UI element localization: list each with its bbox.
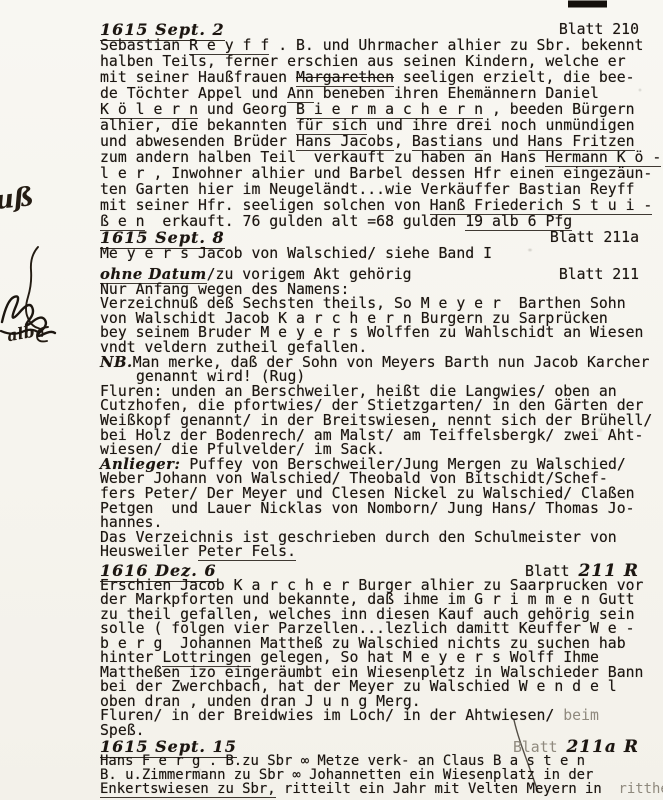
typed-text: de Töchter Appel und [100,85,287,102]
text-line: B. u.Zimmermann zu Sbr ∞ Johannetten ein… [100,768,663,782]
typed-text: und Georg [198,101,296,118]
typed-text: und abwesenden Brüder [100,133,296,150]
typed-text: ritteilt ein Jahr mit Velten Meyern in [276,781,619,797]
typed-text: Blatt 210 [559,21,639,38]
text-line: Sebastian R e y f f . B. und Uhrmacher a… [100,38,663,54]
typed-text: , [394,133,412,150]
text-line: Petgen und Lauer Nicklas von Nomborn/ Ju… [100,502,663,517]
typed-text: mit seiner Hfr. seeligen solchen von [100,197,430,214]
typed-text: Peter Fels. [198,543,296,561]
margin-brace-hook [37,327,48,341]
handwritten-margin-note-top: uß [0,182,35,216]
typed-text: seeligen erzielt, die bee- [394,69,635,86]
typed-text: l e r , Inwohner alhier und Barbel desse… [100,165,652,182]
typed-text: ten Garten hier im Neugeländt...wie Verk… [100,181,635,198]
typed-text: Blatt 211 [559,266,639,283]
text-line: K ö l e r n und Georg B i e r m a c h e … [100,102,663,118]
text-line: Heusweiler Peter Fels. [100,545,663,560]
blatt-page-number: Blatt 210 [559,22,639,38]
text-line: zum andern halben Teil verkauft zu haben… [100,150,663,166]
text-line: Enkertswiesen zu Sbr, ritteilt ein Jahr … [100,782,663,796]
typed-text: und ihre drei noch unmündigen [367,117,634,134]
entry-1615-sept-2: 1615 Sept. 2Blatt 210Sebastian R e y f f… [100,22,663,230]
text-line: l e r , Inwohner alhier und Barbel desse… [100,166,663,182]
entry-1615-sept-8: 1615 Sept. 8Blatt 211aMe y e r s Jacob v… [100,230,663,262]
typed-text: Blatt 211a [550,229,639,246]
text-line: ten Garten hier im Neugeländt...wie Verk… [100,182,663,198]
typed-text: zum andern halben Teil verkauft zu haben… [100,149,545,166]
typed-text: beim [563,707,599,724]
entry-ohne-datum: ohne Datum/zu vorigem Akt gehörigBlatt 2… [100,268,663,560]
text-line: Me y e r s Jacob von Walschied/ siehe Ba… [100,246,663,262]
handwritten-text: NB. [100,354,133,371]
text-line: de Töchter Appel und Ann beneben ihren E… [100,86,663,102]
typed-text: alhier, die bekannten [100,117,296,134]
typed-text: , beeden Bürgern [483,101,634,118]
text-line: Hans F e r g . B.zu Sbr ∞ Metze verk- an… [100,754,663,768]
text-line: mit seiner Hfr. seeligen solchen von Han… [100,198,663,214]
text-line: alhier, die bekannten für sich und ihre … [100,118,663,134]
text-line: 1615 Sept. 8Blatt 211a [100,230,663,246]
typed-text: Fluren/ in der Breidwies im Loch/ in der… [100,707,563,724]
typed-text: mit seiner Haußfrauen [100,69,296,86]
text-line: halben Teils, ferner erschien aus seinen… [100,54,663,70]
typed-text: Heusweiler [100,543,198,560]
entry-1615-sept-15: 1615 Sept. 15Blatt 211a RHans F e r g . … [100,740,663,796]
text-line: 1615 Sept. 2Blatt 210 [100,22,663,38]
typed-text: Me y e r s Jacob von Walschied/ siehe Ba… [100,245,492,262]
text-line: mit seiner Haußfrauen Margarethen seelig… [100,70,663,86]
text-line: Fluren/ in der Breidwies im Loch/ in der… [100,709,663,724]
handwritten-margin-note-bottom: alb [6,322,37,346]
typed-text: Enkertswiesen zu Sbr, [100,781,276,798]
entry-1616-dez-6: 1616 Dez. 6Blatt 211 RErschien Jacob K a… [100,564,663,738]
typed-text: Speß. [100,722,145,739]
text-line: Speß. [100,724,663,739]
typed-text: Sebastian [100,37,189,54]
typed-text: rittheil [619,781,663,797]
typed-text: Petgen und Lauer Nicklas von Nomborn/ Ju… [100,500,635,517]
text-line: 1615 Sept. 15Blatt 211a R [100,740,663,754]
typed-text: und [483,133,528,150]
blatt-page-number: Blatt 211a [550,230,639,246]
document-page: uß alb 1615 Sept. 2Blatt 210Sebastian R … [0,0,663,800]
typed-text: beneben ihren Ehemännern Daniel [314,85,599,102]
text-line: und abwesenden Brüder Hans Jacobs, Basti… [100,134,663,150]
blatt-page-number: Blatt 211 [559,268,639,283]
typed-text: . B. und Uhrmacher alhier zu Sbr. bekenn… [269,37,643,54]
typed-text: halben Teils, ferner erschien aus seinen… [100,53,626,70]
